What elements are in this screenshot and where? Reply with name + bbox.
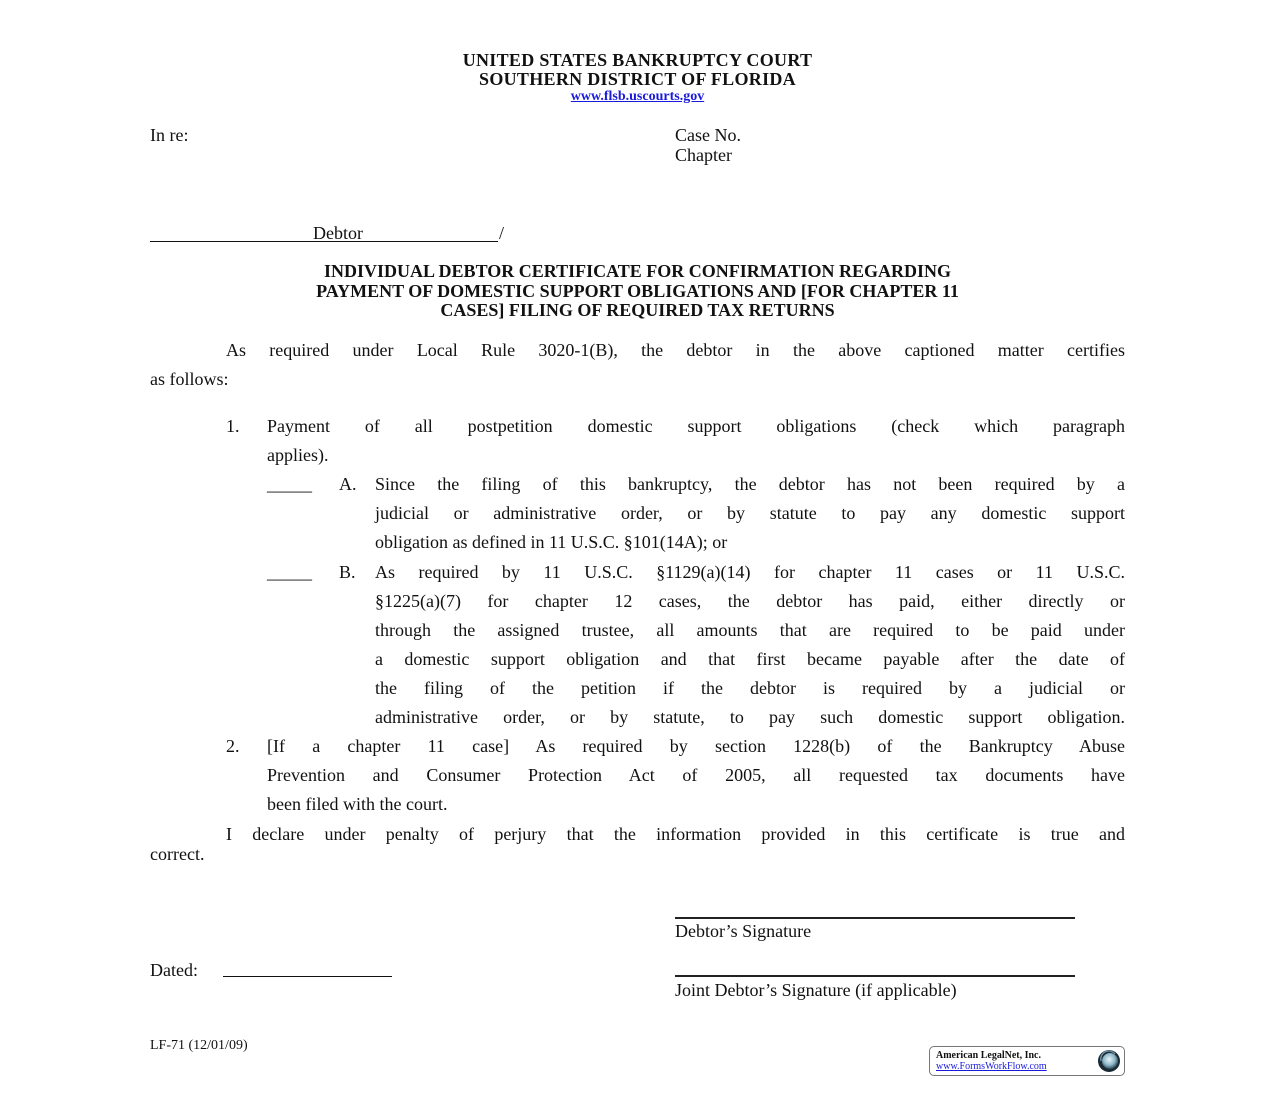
declaration-line-1: I declare under penalty of perjury that …	[226, 824, 1125, 844]
declaration-line-2: correct.	[150, 844, 204, 864]
form-code: LF-71 (12/01/09)	[150, 1038, 248, 1054]
debtor-signature-line[interactable]	[675, 917, 1075, 919]
vendor-badge[interactable]: American LegalNet, Inc. www.FormsWorkFlo…	[929, 1046, 1125, 1076]
in-re-label: In re:	[150, 125, 188, 145]
chapter-label: Chapter	[675, 145, 732, 165]
dated-label: Dated:	[150, 960, 198, 980]
intro-line-1: As required under Local Rule 3020-1(B), …	[226, 336, 1125, 365]
option-b-text: As required by 11 U.S.C. §1129(a)(14) fo…	[375, 558, 1125, 732]
court-district: SOUTHERN DISTRICT OF FLORIDA	[0, 69, 1275, 90]
vendor-link[interactable]: www.FormsWorkFlow.com	[936, 1061, 1047, 1072]
item-1-text: Payment of all postpetition domestic sup…	[267, 412, 1125, 470]
vendor-globe-logo-icon	[1097, 1049, 1121, 1073]
option-b-checkbox-blank[interactable]: _____	[267, 558, 312, 587]
title-line-2: PAYMENT OF DOMESTIC SUPPORT OBLIGATIONS …	[150, 282, 1125, 302]
option-a-checkbox-blank[interactable]: _____	[267, 470, 312, 499]
title-line-3: CASES] FILING OF REQUIRED TAX RETURNS	[150, 301, 1125, 321]
debtor-label: Debtor	[313, 223, 363, 243]
case-number-label: Case No.	[675, 125, 741, 145]
item-1-number: 1.	[226, 412, 240, 441]
option-b-letter: B.	[339, 558, 356, 587]
option-a-text: Since the filing of this bankruptcy, the…	[375, 470, 1125, 557]
joint-debtor-signature-label: Joint Debtor’s Signature (if applicable)	[675, 980, 957, 1000]
item-2-text: [If a chapter 11 case] As required by se…	[267, 732, 1125, 819]
court-website-container: www.flsb.uscourts.gov	[0, 89, 1275, 105]
court-name: UNITED STATES BANKRUPTCY COURT	[0, 50, 1275, 71]
court-website-link[interactable]: www.flsb.uscourts.gov	[571, 89, 704, 104]
option-a-letter: A.	[339, 470, 357, 499]
document-title: INDIVIDUAL DEBTOR CERTIFICATE FOR CONFIR…	[150, 262, 1125, 321]
vendor-name: American LegalNet, Inc.	[936, 1050, 1041, 1061]
date-field-line[interactable]	[223, 976, 392, 977]
title-line-1: INDIVIDUAL DEBTOR CERTIFICATE FOR CONFIR…	[150, 262, 1125, 282]
intro-line-2: as follows:	[150, 365, 229, 394]
item-2-number: 2.	[226, 732, 240, 761]
caption-slash: /	[499, 223, 504, 243]
joint-debtor-signature-line[interactable]	[675, 975, 1075, 977]
debtor-signature-label: Debtor’s Signature	[675, 921, 811, 941]
